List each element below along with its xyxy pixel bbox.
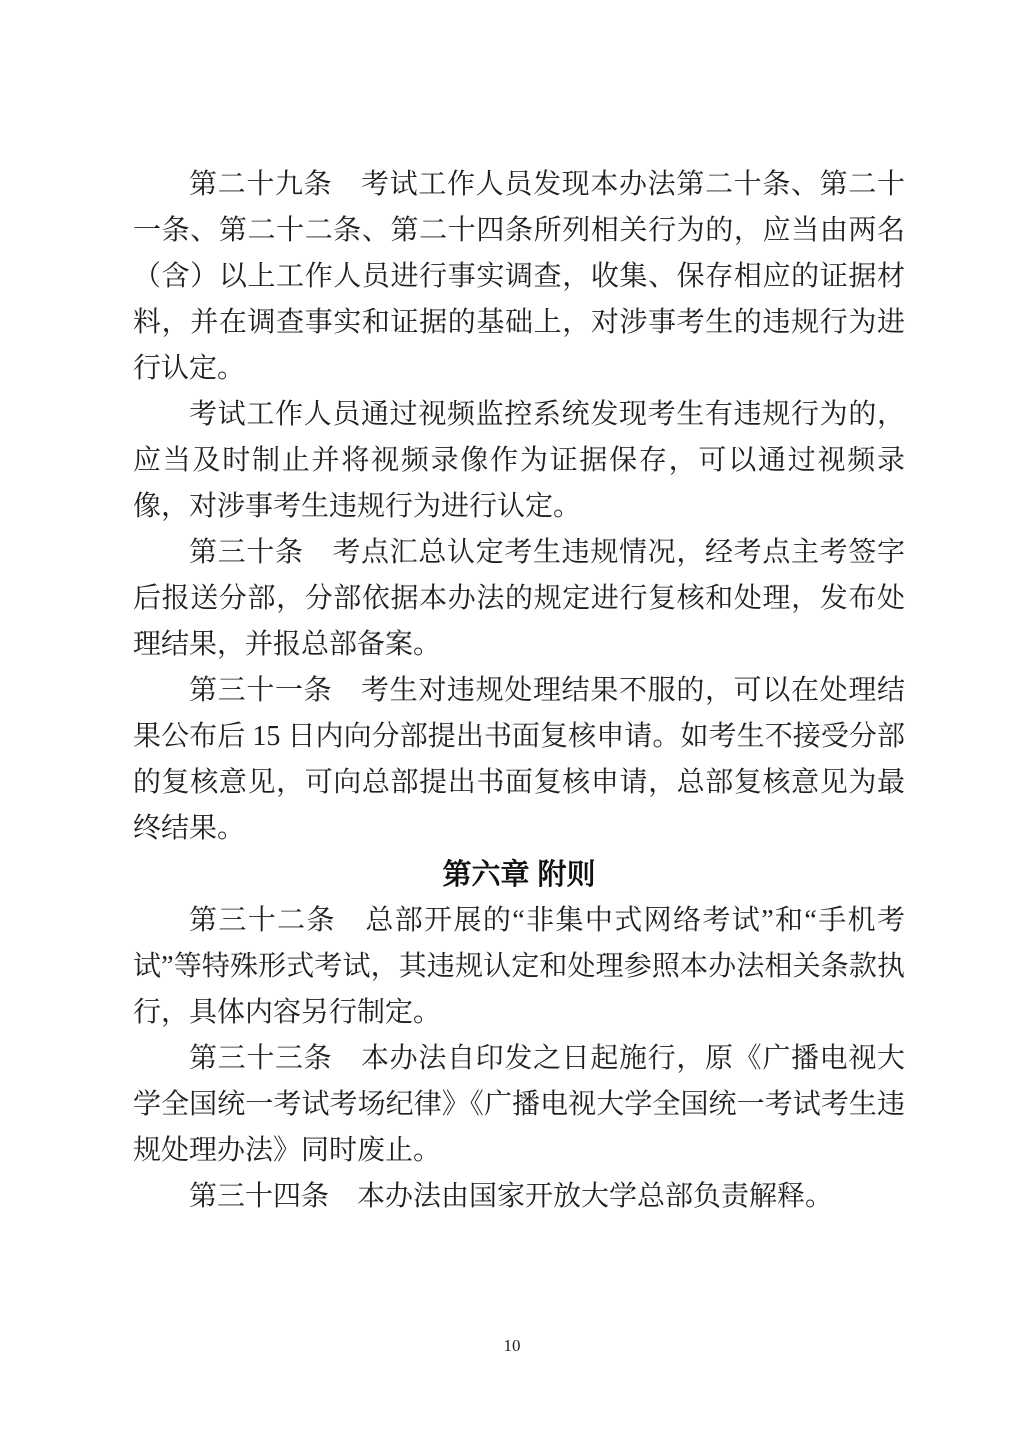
document-body: 第二十九条 考试工作人员发现本办法第二十条、第二十一条、第二十二条、第二十四条所… bbox=[133, 162, 905, 1220]
page-number: 10 bbox=[0, 1337, 1024, 1354]
body-paragraph: 第三十二条 总部开展的“非集中式网络考试”和“手机考试”等特殊形式考试，其违规认… bbox=[133, 898, 905, 1036]
body-paragraph: 第三十三条 本办法自印发之日起施行，原《广播电视大学全国统一考试考场纪律》《广播… bbox=[133, 1036, 905, 1174]
body-paragraph: 第三十四条 本办法由国家开放大学总部负责解释。 bbox=[133, 1174, 905, 1220]
document-page: 第二十九条 考试工作人员发现本办法第二十条、第二十一条、第二十二条、第二十四条所… bbox=[0, 0, 1024, 1448]
body-paragraph: 第二十九条 考试工作人员发现本办法第二十条、第二十一条、第二十二条、第二十四条所… bbox=[133, 162, 905, 392]
body-paragraph: 第三十条 考点汇总认定考生违规情况，经考点主考签字后报送分部，分部依据本办法的规… bbox=[133, 530, 905, 668]
body-paragraph: 考试工作人员通过视频监控系统发现考生有违规行为的，应当及时制止并将视频录像作为证… bbox=[133, 392, 905, 530]
chapter-heading: 第六章 附则 bbox=[133, 852, 905, 898]
body-paragraph: 第三十一条 考生对违规处理结果不服的，可以在处理结果公布后 15 日内向分部提出… bbox=[133, 668, 905, 852]
